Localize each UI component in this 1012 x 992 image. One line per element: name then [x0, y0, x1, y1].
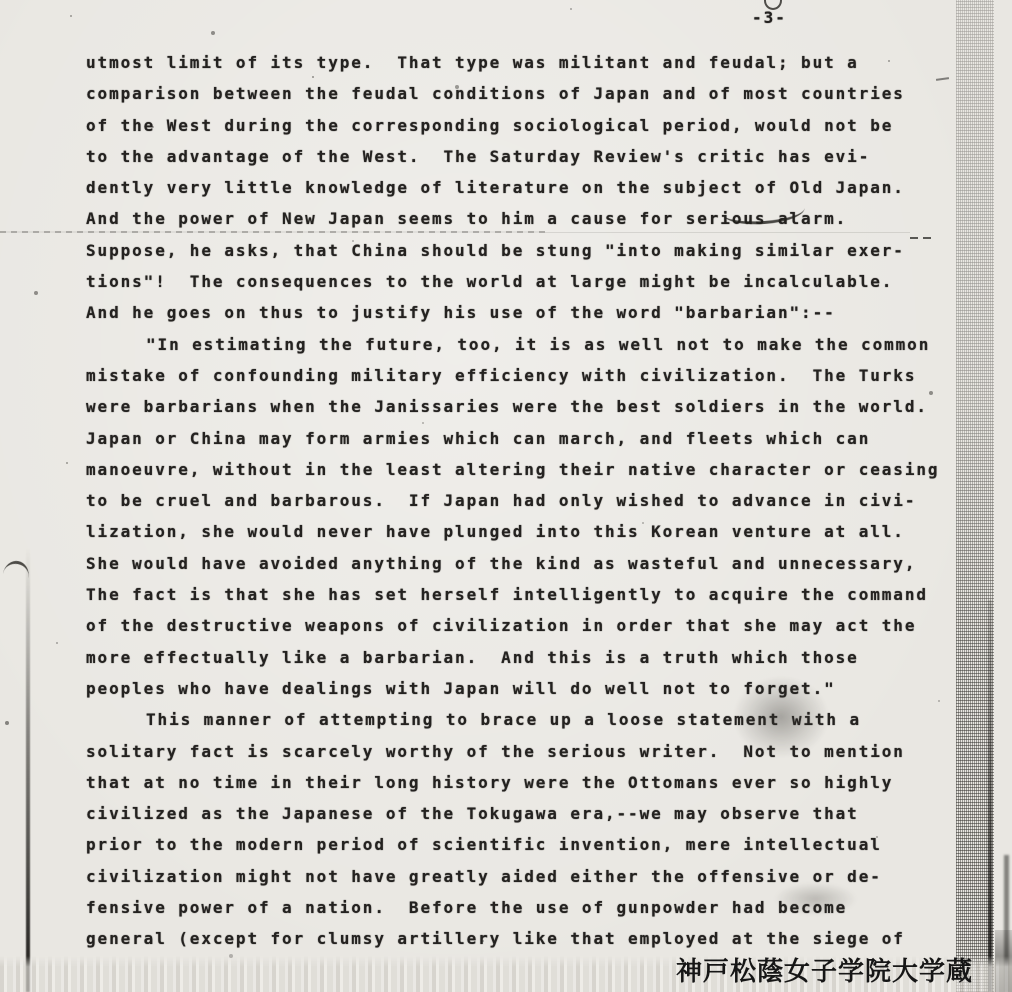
text-line: mistake of confounding military efficien…	[86, 360, 939, 391]
text-line: comparison between the feudal conditions…	[86, 78, 939, 109]
text-line: And he goes on thus to justify his use o…	[86, 297, 939, 328]
margin-pen-dash	[936, 77, 949, 81]
text-line: civilized as the Japanese of the Tokugaw…	[86, 798, 939, 829]
text-line: manoeuvre, without in the least altering…	[86, 454, 939, 485]
scanned-document-page: -3- utmost limit of its type. That type …	[0, 0, 1012, 992]
scan-artifact-horizontal-line-faint	[545, 232, 910, 233]
ink-smudge	[733, 676, 829, 758]
paper-specks	[0, 0, 2, 2]
document-text: utmost limit of its type. That type was …	[86, 47, 939, 955]
text-line: She would have avoided anything of the k…	[86, 548, 939, 579]
page-number: -3-	[752, 8, 787, 27]
text-line: The fact is that she has set herself int…	[86, 579, 939, 610]
text-line: of the destructive weapons of civilizati…	[86, 610, 939, 641]
text-line: lization, she would never have plunged i…	[86, 516, 939, 547]
text-line: of the West during the corresponding soc…	[86, 110, 939, 141]
scan-left-scratch-line	[26, 548, 30, 992]
text-line: utmost limit of its type. That type was …	[86, 47, 939, 78]
text-line: Suppose, he asks, that China should be s…	[86, 235, 939, 266]
scan-artifact-horizontal-line	[0, 231, 545, 233]
text-line: to be cruel and barbarous. If Japan had …	[86, 485, 939, 516]
library-stamp: 神戸松蔭女子学院大学蔵	[676, 951, 973, 988]
margin-pen-dash	[910, 237, 932, 239]
text-line: dently very little knowledge of literatu…	[86, 172, 939, 203]
text-line: general (except for clumsy artillery lik…	[86, 923, 939, 954]
scan-edge-dark-line	[988, 600, 992, 992]
ink-smudge	[758, 876, 873, 922]
text-line: tions"! The consequences to the world at…	[86, 266, 939, 297]
text-line: to the advantage of the West. The Saturd…	[86, 141, 939, 172]
text-line: that at no time in their long history we…	[86, 767, 939, 798]
text-line: more effectually like a barbarian. And t…	[86, 642, 939, 673]
text-line: Japan or China may form armies which can…	[86, 423, 939, 454]
text-line: were barbarians when the Janissaries wer…	[86, 391, 939, 422]
text-line: "In estimating the future, too, it is as…	[86, 329, 939, 360]
text-line: prior to the modern period of scientific…	[86, 829, 939, 860]
